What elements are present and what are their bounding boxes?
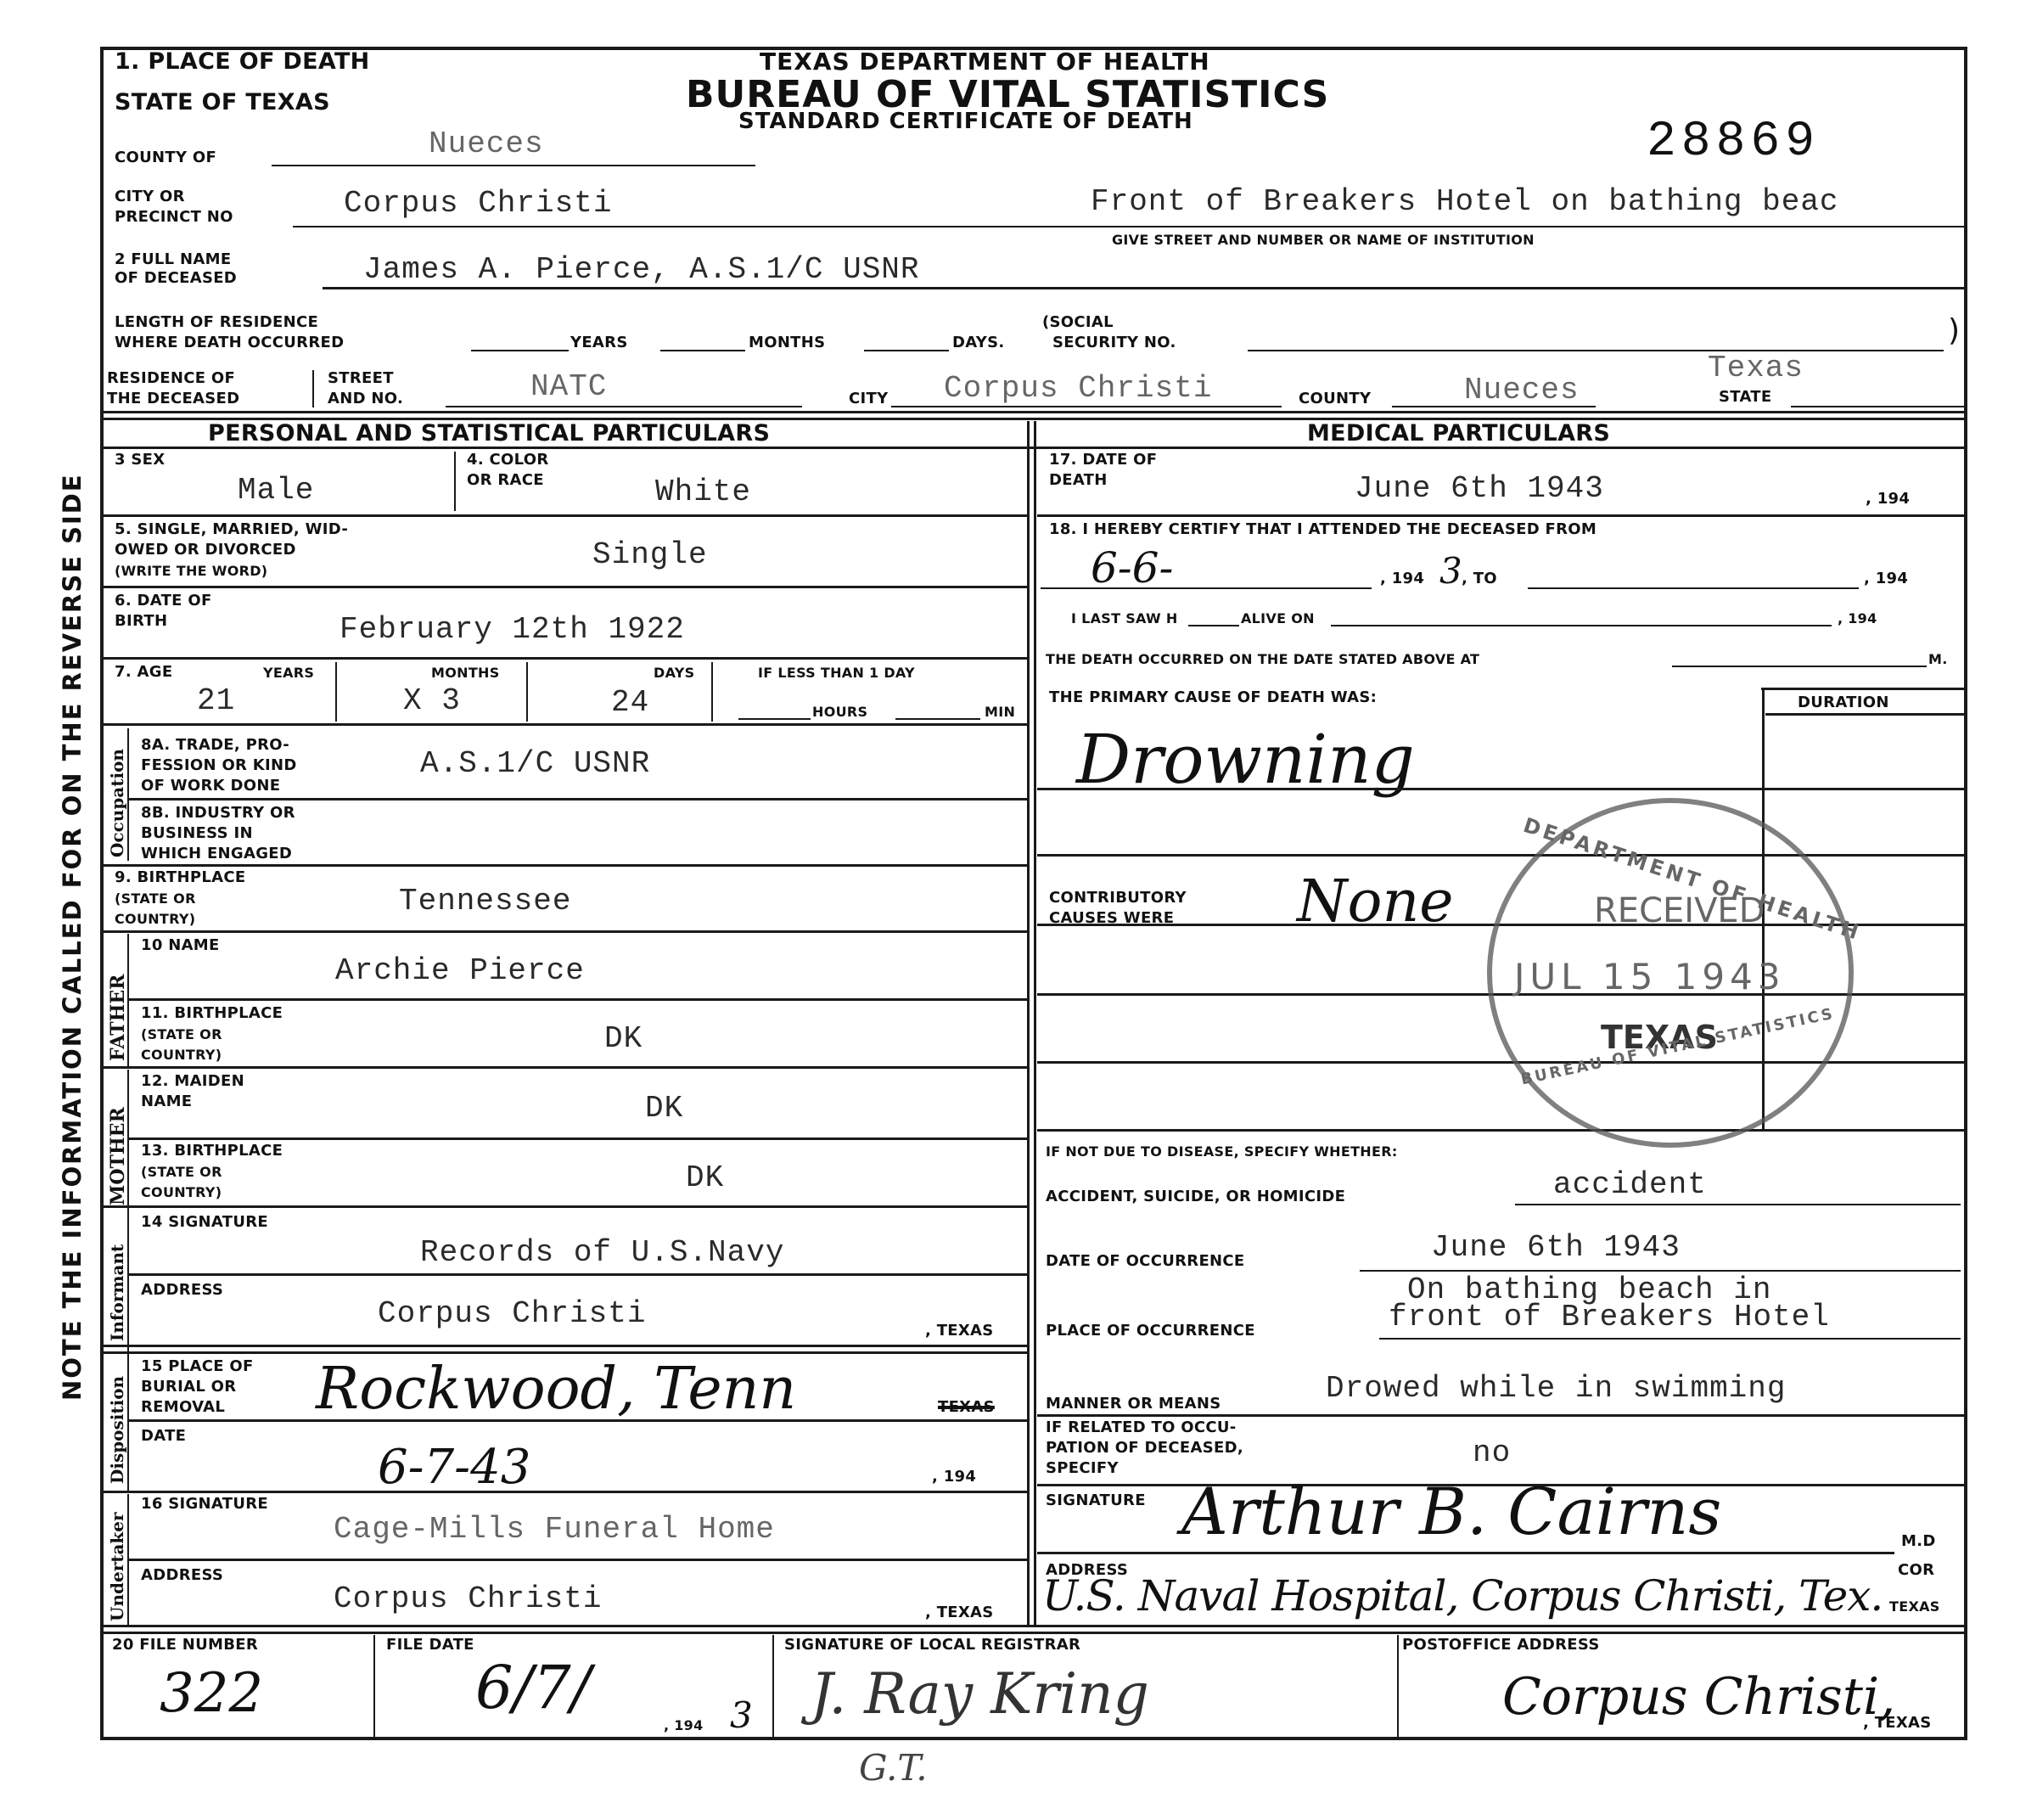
row-line-signature — [1037, 1552, 1894, 1554]
trade-label-2: FESSION OR KIND — [141, 757, 297, 774]
undertaker-addr-label: ADDRESS — [141, 1567, 223, 1584]
file-year-prefix: , 194 — [664, 1718, 704, 1733]
undertaker-group-label: Undertaker — [107, 1512, 127, 1621]
dob-value[interactable]: February 12th 1922 — [339, 613, 685, 647]
burial-year-suffix: , 194 — [932, 1469, 976, 1486]
file-date-label: FILE DATE — [386, 1637, 474, 1654]
form-left-border — [100, 47, 104, 1740]
accident-value[interactable]: accident — [1553, 1168, 1707, 1202]
city-line — [293, 226, 1965, 227]
duration-top-line — [1761, 688, 1965, 690]
accident-line — [1515, 1204, 1961, 1205]
duration-header-line — [1765, 713, 1965, 716]
length-residence-label-1: LENGTH OF RESIDENCE — [115, 314, 318, 331]
manner-value[interactable]: Drowed while in swimming — [1326, 1372, 1786, 1406]
dod-value[interactable]: June 6th 1943 — [1355, 472, 1604, 506]
file-date-value[interactable]: 6/7/ — [475, 1655, 591, 1720]
to-suffix: , 194 — [1864, 570, 1908, 587]
less-day-label: IF LESS THAN 1 DAY — [758, 666, 915, 681]
row-line-sex — [102, 514, 1027, 517]
father-birthplace-value[interactable]: DK — [604, 1022, 643, 1056]
occurrence-date-value[interactable]: June 6th 1943 — [1431, 1231, 1681, 1265]
row-line-mother-bp — [102, 1205, 1027, 1208]
footer-separator-1 — [102, 1625, 1966, 1627]
duration-label: DURATION — [1798, 694, 1889, 711]
form-right-border — [1964, 47, 1967, 1740]
sex-value[interactable]: Male — [238, 474, 314, 508]
birthplace-label-3: COUNTRY) — [115, 912, 195, 927]
industry-label-1: 8B. INDUSTRY OR — [141, 805, 295, 822]
row-line-marital — [102, 586, 1027, 588]
marital-label-2: OWED OR DIVORCED — [115, 542, 296, 559]
race-label-1: 4. COLOR — [467, 452, 549, 469]
registrar-label: SIGNATURE OF LOCAL REGISTRAR — [784, 1637, 1080, 1654]
occurrence-date-label: DATE OF OCCURRENCE — [1046, 1253, 1245, 1270]
burial-date-label: DATE — [141, 1428, 186, 1445]
informant-group-line — [127, 1209, 129, 1355]
alive-on-line — [1331, 625, 1832, 626]
burial-texas-struck: TEXAS — [938, 1399, 995, 1416]
section-medical-title: MEDICAL PARTICULARS — [1307, 421, 1610, 447]
burial-label-1: 15 PLACE OF — [141, 1358, 254, 1375]
postoffice-value[interactable]: Corpus Christi, — [1502, 1669, 1895, 1725]
state-of-texas-label: STATE OF TEXAS — [115, 90, 330, 115]
row-line-burial-date — [102, 1491, 1027, 1493]
residence-county-label: COUNTY — [1299, 390, 1371, 407]
registrar-initials[interactable]: G.T. — [859, 1749, 928, 1788]
occurrence-date-line — [1360, 1270, 1961, 1272]
certificate-number: 28869 — [1647, 115, 1820, 170]
residence-state-line — [1791, 406, 1965, 407]
min-line — [895, 718, 980, 720]
attended-year-prefix: , 194 — [1380, 570, 1424, 587]
physician-signature[interactable]: Arthur B. Cairns — [1181, 1477, 1721, 1547]
occupation-group-label: Occupation — [107, 749, 127, 857]
race-label-2: OR RACE — [467, 472, 544, 489]
residence-city-value[interactable]: Corpus Christi — [944, 372, 1212, 406]
section-personal-title: PERSONAL AND STATISTICAL PARTICULARS — [208, 421, 770, 447]
attended-from-value[interactable]: 6-6- — [1091, 545, 1173, 591]
city-label-1: CITY OR — [115, 188, 185, 205]
mother-bp-label-2: (STATE OR — [141, 1165, 222, 1180]
residence-months-line — [660, 350, 745, 351]
row-line-informant — [127, 1273, 1027, 1276]
to-label: , TO — [1462, 570, 1497, 587]
death-at-line — [1672, 666, 1927, 667]
stamp-received-text: RECEIVED — [1594, 891, 1765, 930]
footer-separator-2 — [102, 1632, 1966, 1634]
last-saw-suffix: , 194 — [1838, 611, 1877, 626]
certificate-title: STANDARD CERTIFICATE OF DEATH — [738, 109, 1193, 134]
cause-line-2 — [1037, 854, 1964, 857]
residence-street-label-1: STREET — [328, 370, 394, 387]
length-residence-label-2: WHERE DEATH OCCURRED — [115, 334, 344, 351]
footer-divider-3 — [1397, 1635, 1399, 1737]
father-group-label: FATHER — [107, 975, 129, 1061]
occurrence-place-line-2[interactable]: front of Breakers Hotel — [1389, 1300, 1830, 1334]
row-line-age — [102, 723, 1027, 726]
undertaker-sig-label: 16 SIGNATURE — [141, 1496, 268, 1513]
age-days-label: DAYS — [654, 666, 694, 681]
footer-divider-2 — [772, 1635, 774, 1737]
age-years-label: YEARS — [263, 666, 314, 681]
row-line-father-bp — [102, 1066, 1027, 1069]
place-of-death-label: 1. PLACE OF DEATH — [115, 49, 370, 75]
hours-label: HOURS — [812, 705, 867, 720]
death-at-suffix: M. — [1928, 652, 1948, 667]
age-div-3 — [711, 662, 713, 722]
father-bp-label-1: 11. BIRTHPLACE — [141, 1005, 283, 1022]
row-line-birthplace — [102, 930, 1027, 933]
father-name-value[interactable]: Archie Pierce — [335, 954, 585, 988]
row-line-industry — [102, 864, 1027, 867]
informant-address-value[interactable]: Corpus Christi — [378, 1297, 646, 1331]
trade-label-1: 8A. TRADE, PRO- — [141, 737, 289, 754]
residence-state-label: STATE — [1719, 389, 1771, 406]
row-line-father-name — [127, 998, 1027, 1001]
ssn-line — [1248, 350, 1944, 351]
row-line-dob — [102, 657, 1027, 660]
age-years-value[interactable]: 21 — [197, 684, 235, 718]
dod-label-1: 17. DATE OF — [1049, 452, 1157, 469]
dob-label-2: BIRTH — [115, 613, 167, 630]
md-label: M.D — [1901, 1533, 1936, 1550]
birthplace-label-2: (STATE OR — [115, 891, 196, 907]
residence-county-line — [1392, 406, 1596, 407]
stamp-date-text: JUL 15 1943 — [1514, 956, 1786, 997]
father-bp-label-2: (STATE OR — [141, 1027, 222, 1042]
contributory-label-1: CONTRIBUTORY — [1049, 890, 1187, 907]
mother-bp-label-3: COUNTRY) — [141, 1185, 222, 1200]
burial-label-2: BURIAL OR — [141, 1379, 236, 1396]
not-disease-label: IF NOT DUE TO DISEASE, SPECIFY WHETHER: — [1046, 1144, 1398, 1160]
ssn-close-paren: ) — [1948, 314, 1960, 348]
mother-name-label-1: 12. MAIDEN — [141, 1073, 244, 1090]
attended-year-digit[interactable]: 3 — [1439, 552, 1462, 591]
footer-divider-1 — [373, 1635, 375, 1737]
city-label-2: PRECINCT NO — [115, 209, 233, 226]
last-saw-label: I LAST SAW H — [1071, 611, 1178, 626]
sex-label: 3 SEX — [115, 452, 165, 469]
months-label: MONTHS — [749, 334, 825, 351]
ssn-label-1: (SOCIAL — [1042, 314, 1114, 331]
informant-value[interactable]: Records of U.S.Navy — [420, 1236, 784, 1270]
row-line-mother-name — [127, 1137, 1027, 1140]
hours-line — [738, 718, 811, 720]
trade-value[interactable]: A.S.1/C USNR — [420, 747, 650, 781]
age-label: 7. AGE — [115, 664, 172, 681]
attended-to-line — [1528, 587, 1859, 589]
age-months-label: MONTHS — [431, 666, 500, 681]
city-value[interactable]: Corpus Christi — [344, 187, 612, 221]
age-div-1 — [335, 662, 337, 722]
father-bp-label-3: COUNTRY) — [141, 1048, 222, 1063]
undertaker-texas-label: , TEXAS — [925, 1604, 994, 1621]
certify-label: 18. I HEREBY CERTIFY THAT I ATTENDED THE… — [1049, 521, 1596, 538]
informant-sig-label: 14 SIGNATURE — [141, 1214, 268, 1231]
marital-value[interactable]: Single — [592, 538, 708, 572]
form-bottom-border — [100, 1737, 1967, 1740]
manner-label: MANNER OR MEANS — [1046, 1396, 1221, 1413]
cause-line-6 — [1037, 1129, 1964, 1132]
occ-related-label-3: SPECIFY — [1046, 1460, 1119, 1477]
age-div-2 — [526, 662, 528, 722]
residence-city-label: CITY — [849, 390, 888, 407]
race-value[interactable]: White — [655, 475, 751, 509]
birthplace-value[interactable]: Tennessee — [399, 885, 571, 918]
physician-address-value[interactable]: U.S. Naval Hospital, Corpus Christi, Tex… — [1042, 1572, 1883, 1620]
row-line-informant-addr-1 — [102, 1345, 1027, 1347]
physician-texas-label: TEXAS — [1889, 1599, 1940, 1615]
residence-street-line — [446, 406, 802, 407]
department-title: TEXAS DEPARTMENT OF HEALTH — [760, 48, 1210, 76]
alive-on-label: ALIVE ON — [1241, 611, 1315, 626]
row-line-trade — [127, 798, 1027, 800]
header-separator-1 — [102, 411, 1966, 413]
residence-state-value[interactable]: Texas — [1708, 351, 1804, 385]
ssn-label-2: SECURITY NO. — [1052, 334, 1176, 351]
primary-cause-label: THE PRIMARY CAUSE OF DEATH WAS: — [1049, 689, 1377, 706]
file-year-digit[interactable]: 3 — [730, 1696, 753, 1735]
undertaker-address-value[interactable]: Corpus Christi — [334, 1582, 602, 1616]
accident-label: ACCIDENT, SUICIDE, OR HOMICIDE — [1046, 1188, 1345, 1205]
residence-label-2: THE DECEASED — [107, 390, 239, 407]
occurrence-place-line — [1379, 1338, 1961, 1340]
full-name-value[interactable]: James A. Pierce, A.S.1/C USNR — [363, 253, 920, 287]
full-name-label-2: OF DECEASED — [115, 270, 237, 287]
days-label: DAYS. — [952, 334, 1005, 351]
residence-street-label-2: AND NO. — [328, 390, 403, 407]
occ-related-label-1: IF RELATED TO OCCU- — [1046, 1419, 1237, 1436]
father-name-label: 10 NAME — [141, 937, 220, 954]
file-number-value[interactable]: 322 — [160, 1664, 263, 1723]
residence-label-1: RESIDENCE OF — [107, 370, 235, 387]
burial-label-3: REMOVAL — [141, 1399, 225, 1416]
row-line-dod — [1037, 514, 1964, 517]
county-of-label: COUNTY OF — [115, 149, 216, 166]
full-name-label-1: 2 FULL NAME — [115, 251, 231, 268]
dod-label-2: DEATH — [1049, 472, 1108, 489]
residence-city-line — [891, 406, 1282, 407]
mother-name-value[interactable]: DK — [645, 1092, 683, 1126]
industry-label-3: WHICH ENGAGED — [141, 845, 292, 862]
cause-line-1 — [1037, 788, 1964, 790]
residence-years-line — [471, 350, 569, 351]
place-street-value[interactable]: Front of Breakers Hotel on bathing beac — [1091, 185, 1839, 219]
years-label: YEARS — [570, 334, 628, 351]
disposition-group-line — [127, 1355, 129, 1491]
row-line-informant-addr-2 — [102, 1351, 1027, 1354]
residence-street-value[interactable]: NATC — [530, 370, 607, 404]
age-days-value[interactable]: 24 — [611, 686, 649, 720]
informant-texas-label: , TEXAS — [925, 1323, 994, 1340]
occupation-group-line — [127, 728, 129, 861]
row-line-burial — [127, 1419, 1027, 1422]
marital-label-3: (WRITE THE WORD) — [115, 564, 267, 579]
trade-label-3: OF WORK DONE — [141, 778, 280, 795]
residence-days-line — [864, 350, 949, 351]
mother-name-label-2: NAME — [141, 1093, 192, 1110]
primary-cause-value[interactable]: Drowning — [1076, 723, 1415, 796]
column-divider-a — [1027, 421, 1030, 1626]
registrar-signature[interactable]: J. Ray Kring — [811, 1664, 1149, 1725]
death-at-label: THE DEATH OCCURRED ON THE DATE STATED AB… — [1046, 652, 1479, 667]
informant-addr-label: ADDRESS — [141, 1282, 223, 1299]
file-number-label: 20 FILE NUMBER — [112, 1637, 258, 1654]
row-line-manner — [1037, 1414, 1964, 1417]
row-line-undertaker — [127, 1559, 1027, 1561]
occ-related-label-2: PATION OF DECEASED, — [1046, 1440, 1243, 1457]
disposition-group-label: Disposition — [107, 1376, 127, 1484]
burial-place-value[interactable]: Rockwood, Tenn — [316, 1358, 796, 1421]
birthplace-label-1: 9. BIRTHPLACE — [115, 869, 245, 886]
min-label: MIN — [985, 705, 1015, 720]
postoffice-label: POSTOFFICE ADDRESS — [1402, 1637, 1600, 1654]
signature-label: SIGNATURE — [1046, 1492, 1146, 1509]
mother-bp-label-1: 13. BIRTHPLACE — [141, 1143, 283, 1160]
occ-related-value[interactable]: no — [1473, 1436, 1511, 1470]
residence-county-value[interactable]: Nueces — [1464, 374, 1580, 407]
county-value[interactable]: Nueces — [429, 127, 544, 161]
county-line — [272, 165, 755, 166]
burial-date-value[interactable]: 6-7-43 — [378, 1441, 530, 1494]
dob-label-1: 6. DATE OF — [115, 593, 212, 609]
residence-divider — [312, 370, 314, 407]
side-note: NOTE THE INFORMATION CALLED FOR ON THE R… — [58, 473, 87, 1401]
marital-label-1: 5. SINGLE, MARRIED, WID- — [115, 521, 348, 538]
age-months-value[interactable]: X 3 — [403, 684, 461, 718]
cor-label: COR — [1898, 1562, 1934, 1579]
full-name-line — [323, 287, 1965, 289]
dod-suffix: , 194 — [1866, 491, 1910, 508]
street-hint-label: GIVE STREET AND NUMBER OR NAME OF INSTIT… — [1112, 233, 1535, 248]
postoffice-texas-label: , TEXAS — [1863, 1715, 1932, 1732]
undertaker-value[interactable]: Cage-Mills Funeral Home — [334, 1513, 775, 1547]
occurrence-place-label: PLACE OF OCCURRENCE — [1046, 1323, 1255, 1340]
mother-birthplace-value[interactable]: DK — [686, 1161, 724, 1195]
informant-group-label: Informant — [107, 1244, 127, 1341]
sex-race-divider — [454, 452, 456, 511]
column-divider-b — [1034, 421, 1036, 1626]
last-saw-line — [1188, 625, 1239, 626]
mother-group-label: MOTHER — [107, 1107, 129, 1205]
attended-from-line — [1041, 587, 1372, 589]
industry-label-2: BUSINESS IN — [141, 825, 253, 842]
